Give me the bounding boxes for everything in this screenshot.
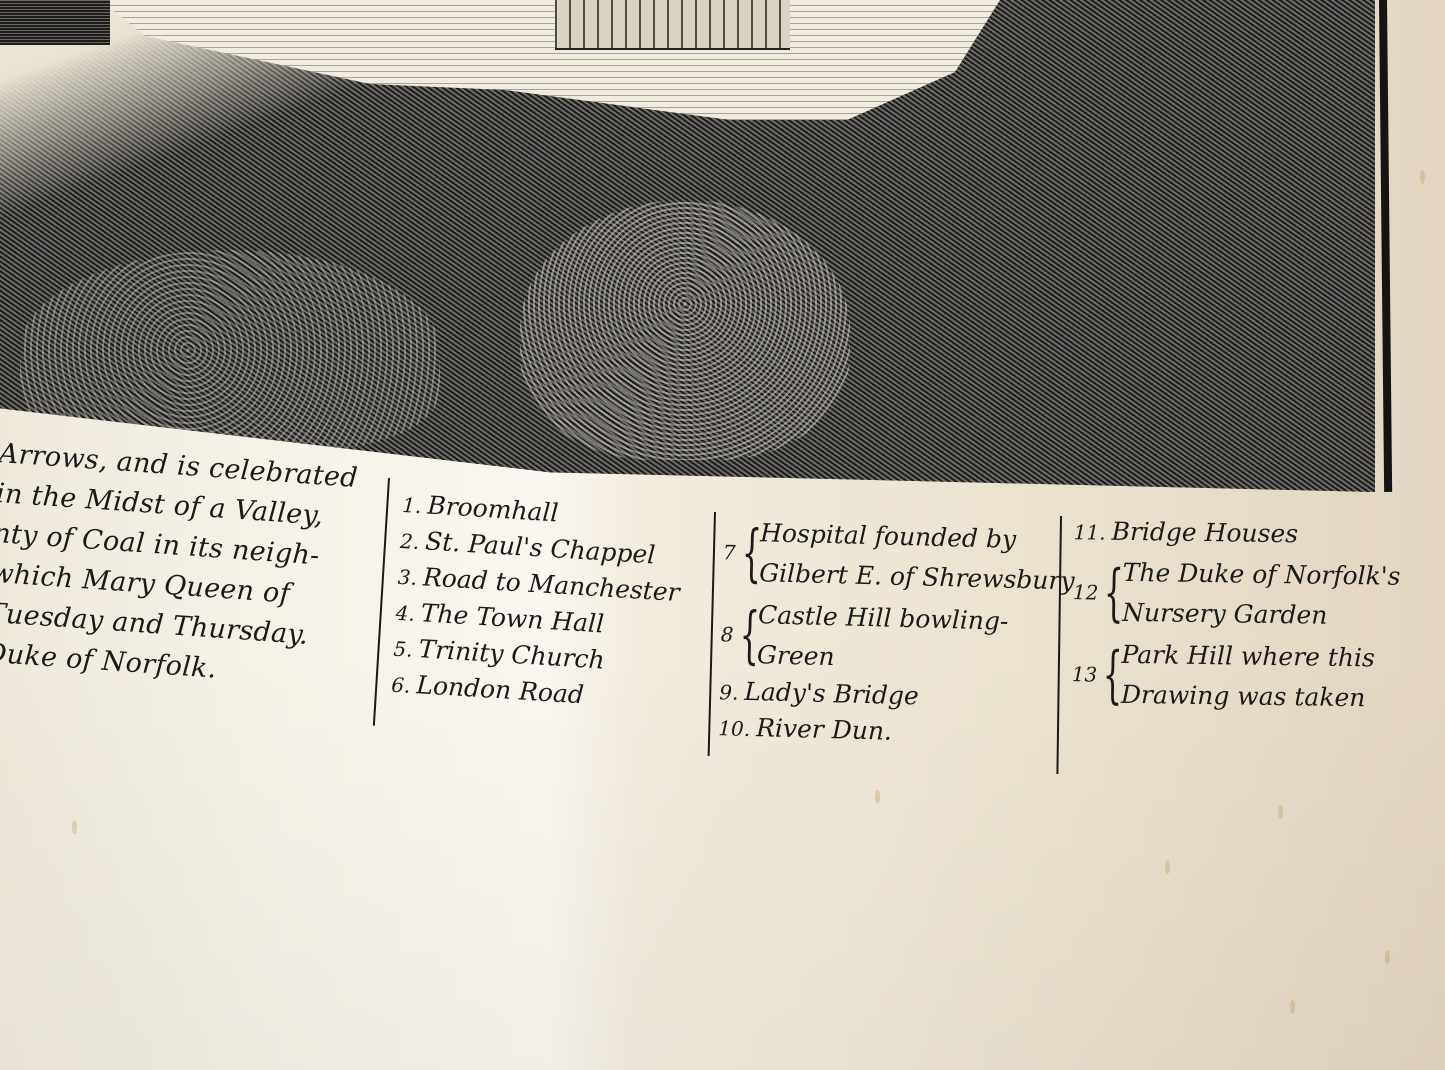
brace-icon: { <box>1103 644 1112 706</box>
distant-hall <box>555 0 790 50</box>
caption-paragraph: Arrows, and is celebrated in the Midst o… <box>0 438 379 704</box>
foxing-spot <box>1278 805 1283 819</box>
key-label: Castle Hill bowling- <box>758 595 1009 642</box>
key-number: 1. <box>402 493 423 518</box>
key-number: 3. <box>397 565 418 590</box>
key-label: Green <box>756 635 1007 682</box>
barn-building <box>0 0 110 45</box>
left-tree-mass <box>20 250 440 450</box>
center-tree-mass <box>520 200 850 460</box>
key-label: Gilbert E. of Shrewsbury <box>759 553 1075 601</box>
column-divider <box>708 512 716 756</box>
foxing-spot <box>1385 950 1390 964</box>
key-number: 6. <box>391 673 412 698</box>
foxing-spot <box>72 820 77 834</box>
key-number: 10. <box>718 716 750 741</box>
key-label: Lady's Bridge <box>744 677 919 711</box>
key-number: 12 <box>1073 580 1099 604</box>
distant-fields <box>100 0 1000 120</box>
brace-icon: { <box>741 522 751 584</box>
key-label: River Dun. <box>756 713 893 746</box>
key-number: 11. <box>1074 520 1106 544</box>
key-number: 2. <box>399 529 420 554</box>
plate-border-line <box>1379 0 1392 492</box>
engraving-plate <box>0 0 1375 492</box>
key-label: Park Hill where this <box>1121 635 1375 679</box>
key-item-group: 13 { Park Hill where this Drawing was ta… <box>1071 634 1399 719</box>
foxing-spot <box>1165 860 1170 874</box>
key-item-group: 12 { The Duke of Norfolk's Nursery Garde… <box>1072 552 1400 637</box>
key-label: Drawing was taken <box>1121 675 1375 719</box>
key-label: The Duke of Norfolk's <box>1122 553 1400 597</box>
key-label: Nursery Garden <box>1122 593 1400 637</box>
key-item: 11. Bridge Houses <box>1073 516 1401 557</box>
key-number: 7 <box>723 540 736 564</box>
key-number: 8 <box>720 622 733 646</box>
key-label: Bridge Houses <box>1111 517 1298 549</box>
brace-icon: { <box>739 604 749 666</box>
brace-icon: { <box>1104 562 1113 624</box>
foxing-spot <box>1290 1000 1295 1014</box>
foxing-spot <box>875 790 880 804</box>
key-number: 13 <box>1072 662 1098 686</box>
key-item-group: 8 { Castle Hill bowling- Green <box>720 594 1074 683</box>
key-number: 9. <box>719 680 739 704</box>
key-number: 5. <box>393 637 414 662</box>
key-number: 4. <box>395 601 416 626</box>
key-label: Broomhall <box>427 490 560 527</box>
foxing-spot <box>1420 170 1425 184</box>
key-item-group: 7 { Hospital founded by Gilbert E. of Sh… <box>722 512 1076 601</box>
